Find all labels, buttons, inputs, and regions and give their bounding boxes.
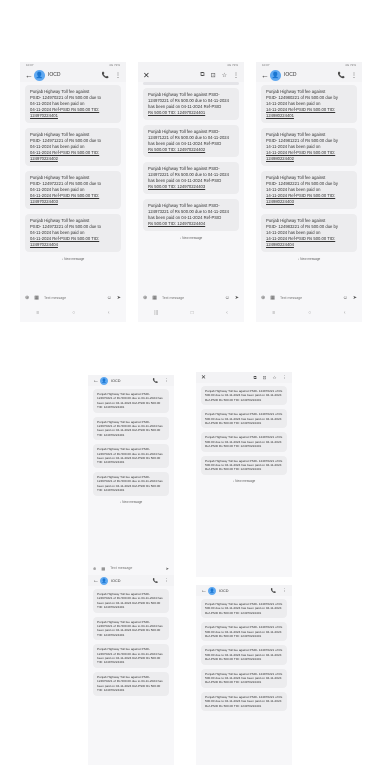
message-line: 124970224402 bbox=[30, 156, 116, 162]
avatar[interactable]: 👤 bbox=[208, 587, 216, 595]
message-input[interactable]: Text message bbox=[44, 296, 102, 300]
app-bar: ←👤IOCD📞⋮ bbox=[88, 375, 174, 386]
more-icon[interactable]: ⊡ bbox=[211, 72, 216, 79]
app-bar: ←👤IOCD📞⋮ bbox=[196, 585, 292, 596]
composer-bar: ⊕▦Text message☺➤ bbox=[138, 292, 244, 304]
message-bubble[interactable]: Punjab Highway Toll fee against PSID- 12… bbox=[201, 432, 287, 451]
close-icon[interactable]: ✕ bbox=[201, 374, 208, 381]
message-input[interactable]: Text message bbox=[162, 296, 220, 300]
screenshot-2: 4G 72%✕⧉⊡☆⋮Punjab Highway Toll fee again… bbox=[138, 62, 244, 322]
bookmark-icon[interactable]: ⋮ bbox=[233, 72, 239, 79]
new-message-button[interactable]: ↓ New message bbox=[93, 500, 169, 504]
avatar[interactable]: 👤 bbox=[34, 70, 45, 81]
message-line: 124970224403 bbox=[30, 199, 116, 205]
composer-bar: ⊕▦Text message➤ bbox=[88, 563, 174, 573]
message-bubble[interactable]: Punjab Highway Toll fee against PSID- 12… bbox=[201, 669, 287, 688]
message-list[interactable]: Punjab Highway Toll fee against PSID- 12… bbox=[88, 586, 174, 703]
new-message-button[interactable]: ↓ New message bbox=[261, 257, 357, 261]
new-message-button[interactable]: ↓ New message bbox=[143, 236, 239, 240]
message-list[interactable]: Punjab Highway Toll fee against PSID- 12… bbox=[88, 386, 174, 509]
bookmark-icon[interactable]: ⋮ bbox=[283, 375, 288, 381]
message-list[interactable]: Punjab Highway Toll fee againstPSID- 124… bbox=[20, 82, 126, 266]
status-indicators: 4G 72% bbox=[227, 63, 238, 67]
back-arrow-icon[interactable]: ← bbox=[25, 71, 34, 80]
navigation-bar: ≡○‹ bbox=[256, 310, 362, 316]
close-icon[interactable]: ✕ bbox=[143, 71, 152, 80]
recents-icon[interactable]: ≡ bbox=[272, 310, 275, 316]
message-bubble[interactable]: Punjab Highway Toll fee against PSID- 12… bbox=[201, 692, 287, 711]
message-bubble[interactable]: Punjab Highway Toll fee against PSID- 12… bbox=[93, 472, 169, 496]
status-time: 10:07 bbox=[26, 63, 34, 67]
message-bubble[interactable]: Punjab Highway Toll fee against PSID-124… bbox=[143, 162, 239, 194]
composer-bar: ⊕▦Text message☺➤ bbox=[256, 292, 362, 304]
message-bubble[interactable]: Punjab Highway Toll fee againstPSID- 124… bbox=[25, 171, 121, 209]
call-icon[interactable]: 📞 bbox=[102, 72, 109, 79]
message-bubble[interactable]: Punjab Highway Toll fee against PSID- 12… bbox=[93, 444, 169, 468]
app-bar: ←👤IOCD📞⋮ bbox=[88, 575, 174, 586]
message-line: 124980224401 bbox=[266, 113, 352, 119]
screenshot-4: ←👤IOCD📞⋮Punjab Highway Toll fee against … bbox=[88, 375, 174, 575]
app-bar: ←👤IOCD📞⋮ bbox=[256, 68, 362, 82]
contact-name: IOCD bbox=[219, 589, 265, 593]
call-icon[interactable]: ⧉ bbox=[253, 375, 256, 380]
message-bubble[interactable]: Punjab Highway Toll fee against PSID- 12… bbox=[93, 617, 169, 641]
call-icon[interactable]: 📞 bbox=[153, 578, 159, 584]
composer-bar: ⊕▦Text message☺➤ bbox=[20, 292, 126, 304]
more-icon[interactable]: ⋮ bbox=[283, 588, 288, 594]
message-list[interactable]: Punjab Highway Toll fee against PSID- 12… bbox=[196, 596, 292, 718]
navigation-bar: ≡○‹ bbox=[20, 310, 126, 316]
message-bubble[interactable]: Punjab Highway Toll fee against PSID- 12… bbox=[93, 389, 169, 413]
contact-name: IOCD bbox=[284, 72, 332, 78]
message-bubble[interactable]: Punjab Highway Toll fee againstPSID- 124… bbox=[25, 85, 121, 123]
recents-icon[interactable]: ≡ bbox=[36, 310, 39, 316]
message-bubble[interactable]: Punjab Highway Toll fee againstPSID- 124… bbox=[261, 171, 357, 209]
back-arrow-icon[interactable]: ← bbox=[93, 378, 100, 384]
call-icon[interactable]: 📞 bbox=[338, 72, 345, 79]
app-bar: ✕⧉⊡☆⋮ bbox=[138, 68, 244, 82]
call-icon[interactable]: ⧉ bbox=[200, 72, 204, 79]
more-icon[interactable]: ⊡ bbox=[263, 375, 267, 381]
gallery-icon[interactable]: ▦ bbox=[101, 566, 105, 571]
more-icon[interactable]: ⋮ bbox=[165, 378, 170, 384]
tabs-icon[interactable]: ☆ bbox=[222, 72, 227, 79]
gallery-icon[interactable]: ▦ bbox=[34, 295, 39, 301]
message-bubble[interactable]: Punjab Highway Toll fee against PSID- 12… bbox=[93, 589, 169, 613]
message-bubble[interactable]: Punjab Highway Toll fee against PSID- 12… bbox=[93, 672, 169, 696]
message-bubble[interactable]: Punjab Highway Toll fee against PSID- 12… bbox=[93, 417, 169, 441]
screenshot-6: ←👤IOCD📞⋮Punjab Highway Toll fee against … bbox=[88, 575, 174, 765]
send-icon[interactable]: ➤ bbox=[353, 295, 357, 301]
back-icon[interactable]: ‹ bbox=[108, 310, 110, 316]
avatar[interactable]: 👤 bbox=[270, 70, 281, 81]
message-bubble[interactable]: Punjab Highway Toll fee against PSID- 12… bbox=[201, 456, 287, 475]
screenshot-3: 10:074G 72%←👤IOCD📞⋮Punjab Highway Toll f… bbox=[256, 62, 362, 322]
recents-icon[interactable]: ||| bbox=[154, 310, 158, 316]
tabs-icon[interactable]: ☆ bbox=[272, 375, 276, 381]
contact-name: IOCD bbox=[111, 579, 147, 583]
message-list[interactable]: Punjab Highway Toll fee against PSID-124… bbox=[138, 85, 244, 245]
send-icon[interactable]: ➤ bbox=[117, 295, 121, 301]
message-bubble[interactable]: Punjab Highway Toll fee against PSID- 12… bbox=[93, 644, 169, 668]
message-line: 124970224404 bbox=[30, 242, 116, 248]
home-icon[interactable]: □ bbox=[191, 310, 194, 316]
back-icon[interactable]: ‹ bbox=[226, 310, 228, 316]
message-input[interactable]: Text message bbox=[110, 566, 161, 570]
home-icon[interactable]: ○ bbox=[72, 310, 75, 316]
message-line: 124970224401 bbox=[30, 113, 116, 119]
more-icon[interactable]: ⋮ bbox=[115, 72, 121, 79]
message-bubble[interactable]: Punjab Highway Toll fee against PSID- 12… bbox=[201, 386, 287, 405]
message-bubble[interactable]: Punjab Highway Toll fee against PSID-124… bbox=[143, 199, 239, 231]
app-bar: ←👤IOCD📞⋮ bbox=[20, 68, 126, 82]
sticker-icon[interactable]: ☺ bbox=[225, 295, 230, 301]
message-bubble[interactable]: Punjab Highway Toll fee againstPSID- 124… bbox=[25, 214, 121, 252]
add-icon[interactable]: ⊕ bbox=[93, 566, 96, 571]
call-icon[interactable]: 📞 bbox=[153, 378, 159, 384]
avatar[interactable]: 👤 bbox=[100, 377, 108, 385]
gallery-icon[interactable]: ▦ bbox=[270, 295, 275, 301]
message-list[interactable]: Punjab Highway Toll fee against PSID- 12… bbox=[196, 383, 292, 488]
sticker-icon[interactable]: ☺ bbox=[107, 295, 112, 301]
message-line: 124980224404 bbox=[266, 242, 352, 248]
contact-name: IOCD bbox=[48, 72, 96, 78]
avatar[interactable]: 👤 bbox=[100, 577, 108, 585]
app-bar: ✕⧉⊡☆⋮ bbox=[196, 372, 292, 383]
screenshot-5: ✕⧉⊡☆⋮Punjab Highway Toll fee against PSI… bbox=[196, 372, 292, 577]
more-icon[interactable]: ⋮ bbox=[351, 72, 357, 79]
sticker-icon[interactable]: ☺ bbox=[343, 295, 348, 301]
message-list[interactable]: Punjab Highway Toll fee againstPSID- 124… bbox=[256, 82, 362, 266]
call-icon[interactable]: 📞 bbox=[271, 588, 277, 594]
message-line: Rs 500.00 TID: 124970224401 bbox=[148, 110, 234, 116]
new-message-button[interactable]: ↓ New message bbox=[25, 257, 121, 261]
back-arrow-icon[interactable]: ← bbox=[201, 588, 208, 594]
add-icon[interactable]: ⊕ bbox=[261, 295, 265, 301]
contact-name: IOCD bbox=[111, 379, 147, 383]
navigation-bar: |||□‹ bbox=[138, 310, 244, 316]
message-line: 124980224403 bbox=[266, 199, 352, 205]
message-bubble[interactable]: Punjab Highway Toll fee against PSID-124… bbox=[143, 88, 239, 120]
add-icon[interactable]: ⊕ bbox=[143, 295, 147, 301]
status-indicators: 4G 72% bbox=[345, 63, 356, 67]
message-line: Rs 500.00 TID: 124970224404 bbox=[148, 221, 234, 227]
send-icon[interactable]: ➤ bbox=[235, 295, 239, 301]
message-line: 124980224402 bbox=[266, 156, 352, 162]
message-bubble[interactable]: Punjab Highway Toll fee against PSID- 12… bbox=[201, 599, 287, 618]
gallery-icon[interactable]: ▦ bbox=[152, 295, 157, 301]
message-bubble[interactable]: Punjab Highway Toll fee against PSID- 12… bbox=[201, 622, 287, 641]
message-line: Rs 500.00 TID: 124970224402 bbox=[148, 147, 234, 153]
message-input[interactable]: Text message bbox=[280, 296, 338, 300]
message-bubble[interactable]: Punjab Highway Toll fee against PSID- 12… bbox=[201, 645, 287, 664]
message-line: Rs 500.00 TID: 124970224403 bbox=[148, 184, 234, 190]
message-bubble[interactable]: Punjab Highway Toll fee againstPSID- 124… bbox=[25, 128, 121, 166]
screenshot-1: 10:074G 72%←👤IOCD📞⋮Punjab Highway Toll f… bbox=[20, 62, 126, 322]
screenshot-7: ←👤IOCD📞⋮Punjab Highway Toll fee against … bbox=[196, 585, 292, 765]
more-icon[interactable]: ⋮ bbox=[165, 578, 170, 584]
back-icon[interactable]: ‹ bbox=[344, 310, 346, 316]
message-bubble[interactable]: Punjab Highway Toll fee against PSID- 12… bbox=[201, 409, 287, 428]
back-arrow-icon[interactable]: ← bbox=[261, 71, 270, 80]
status-time: 10:07 bbox=[262, 63, 270, 67]
message-bubble[interactable]: Punjab Highway Toll fee againstPSID- 124… bbox=[261, 85, 357, 123]
message-bubble[interactable]: Punjab Highway Toll fee againstPSID- 124… bbox=[261, 128, 357, 166]
send-icon[interactable]: ➤ bbox=[166, 566, 169, 571]
message-bubble[interactable]: Punjab Highway Toll fee againstPSID- 124… bbox=[261, 214, 357, 252]
message-bubble[interactable]: Punjab Highway Toll fee against PSID-124… bbox=[143, 125, 239, 157]
new-message-button[interactable]: ↓ New message bbox=[201, 479, 287, 483]
add-icon[interactable]: ⊕ bbox=[25, 295, 29, 301]
back-arrow-icon[interactable]: ← bbox=[93, 578, 100, 584]
status-indicators: 4G 72% bbox=[109, 63, 120, 67]
home-icon[interactable]: ○ bbox=[308, 310, 311, 316]
